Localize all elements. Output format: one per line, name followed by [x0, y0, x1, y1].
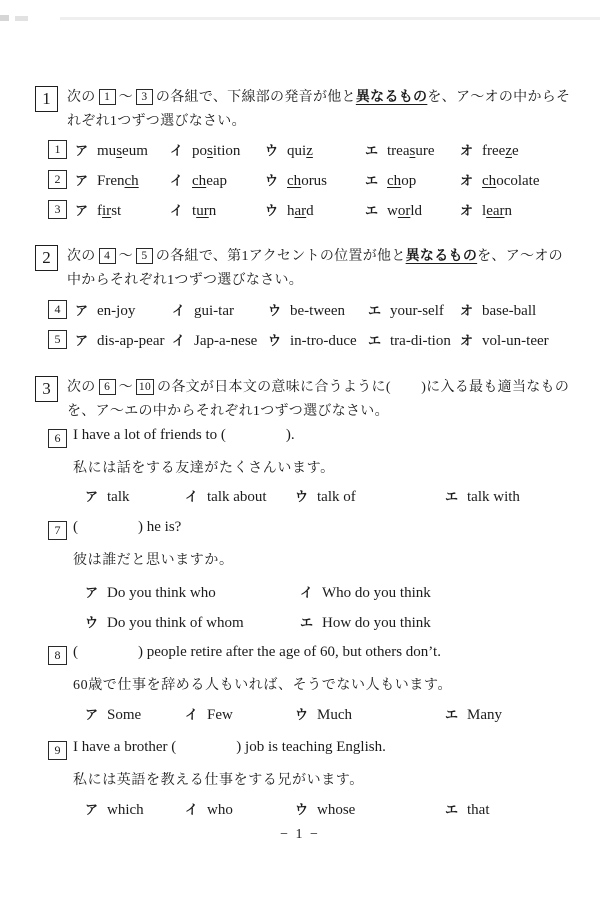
- option-2: イcheap: [170, 170, 227, 190]
- option-marker: ア: [85, 489, 98, 504]
- word-post: ition: [213, 143, 241, 159]
- option-1: アDo you think who: [85, 582, 216, 602]
- section-instruction: 次の1～3の各組で、下線部の発音が他と異なるものを、ア～オの中からそれぞれ1つず…: [67, 86, 573, 133]
- word-post: n: [505, 203, 513, 219]
- word-underlined: ch: [387, 173, 401, 189]
- question-sentence-en: I have a lot of friends to ( ).: [73, 427, 295, 444]
- option-marker: イ: [170, 173, 183, 188]
- option-marker: ア: [75, 333, 88, 348]
- word-underlined: z: [306, 143, 313, 159]
- option-4: エworld: [365, 200, 422, 220]
- option-text: talk about: [207, 489, 267, 505]
- emphasized-text: 異なるもの: [406, 249, 478, 264]
- option-marker: エ: [300, 615, 313, 630]
- option-2: イturn: [170, 200, 216, 220]
- scan-artifact: [60, 17, 600, 20]
- option-text: Much: [317, 707, 352, 723]
- page-number: − 1 −: [0, 827, 600, 843]
- option-3: ウhard: [265, 200, 314, 220]
- word-underlined: or: [398, 203, 411, 219]
- option-3: ウbe-tween: [268, 300, 345, 320]
- word-underlined: ur: [196, 203, 209, 219]
- option-5: オbase-ball: [460, 300, 536, 320]
- word-pre: w: [387, 203, 398, 219]
- question-number: 6: [48, 429, 67, 448]
- instruction-text: ～: [119, 380, 133, 395]
- instruction-text: 次の: [67, 90, 96, 105]
- option-4: エchop: [365, 170, 416, 190]
- option-3: ウin-tro-duce: [268, 330, 357, 350]
- option-marker: ア: [85, 802, 98, 817]
- option-word: treasure: [387, 143, 434, 159]
- inline-question-ref: 10: [136, 379, 154, 395]
- option-text: talk: [107, 489, 130, 505]
- word-post: d: [306, 203, 314, 219]
- option-marker: イ: [300, 585, 313, 600]
- word-post: n: [209, 203, 217, 219]
- option-text: Some: [107, 707, 141, 723]
- option-1: アSome: [85, 704, 141, 724]
- word-post: ure: [415, 143, 434, 159]
- word-post: orus: [301, 173, 327, 189]
- word-underlined: ear: [486, 203, 504, 219]
- option-word: tra-di-tion: [390, 333, 451, 349]
- option-marker: オ: [460, 203, 473, 218]
- word-underlined: ch: [125, 173, 139, 189]
- option-1: アdis-ap-pear: [75, 330, 164, 350]
- option-2: イFew: [185, 704, 233, 724]
- option-text: Do you think of whom: [107, 615, 244, 631]
- option-marker: ウ: [268, 333, 281, 348]
- section-instruction: 次の4～5の各組で、第1アクセントの位置が他と異なるものを、ア～オの中からそれぞ…: [67, 245, 573, 292]
- option-marker: エ: [445, 802, 458, 817]
- section-3-header: 3 次の6～10の各文が日本文の意味に合うように( )に入る最も適当なものを、ア…: [35, 376, 575, 423]
- option-marker: ア: [75, 143, 88, 158]
- option-marker: ウ: [265, 203, 278, 218]
- option-marker: ウ: [265, 143, 278, 158]
- option-5: オlearn: [460, 200, 512, 220]
- option-marker: イ: [170, 203, 183, 218]
- option-4: エtalk with: [445, 486, 520, 506]
- option-text: who: [207, 802, 233, 818]
- question-sentence-en: ( ) he is?: [73, 519, 181, 536]
- option-word: French: [97, 173, 139, 189]
- option-word: world: [387, 203, 422, 219]
- option-word: freeze: [482, 143, 519, 159]
- section-1-header: 1 次の1～3の各組で、下線部の発音が他と異なるものを、ア～オの中からそれぞれ1…: [35, 86, 575, 133]
- word-pre: h: [287, 203, 295, 219]
- word-underlined: ch: [482, 173, 496, 189]
- option-1: アFrench: [75, 170, 139, 190]
- option-word: in-tro-duce: [290, 333, 357, 349]
- question-sentence-ja: 彼は誰だと思いますか。: [73, 549, 234, 569]
- question-options: アwhich イwho ウwhose エthat: [85, 799, 575, 819]
- option-marker: ア: [75, 173, 88, 188]
- instruction-text: ～: [119, 249, 133, 264]
- option-marker: オ: [460, 333, 473, 348]
- option-3: ウchorus: [265, 170, 327, 190]
- item-number: 4: [48, 300, 67, 319]
- question-sentence-ja: 私には英語を教える仕事をする兄がいます。: [73, 769, 364, 789]
- option-2: イposition: [170, 140, 240, 160]
- option-word: your-self: [390, 303, 444, 319]
- word-pre: qui: [287, 143, 306, 159]
- section-2-header: 2 次の4～5の各組で、第1アクセントの位置が他と異なるものを、ア～オの中からそ…: [35, 245, 575, 292]
- option-text: which: [107, 802, 144, 818]
- option-3: ウMuch: [295, 704, 352, 724]
- option-4: エtreasure: [365, 140, 435, 160]
- option-word: en-joy: [97, 303, 135, 319]
- option-4: エthat: [445, 799, 490, 819]
- option-3: ウDo you think of whom: [85, 612, 244, 632]
- option-word: museum: [97, 143, 148, 159]
- item-number: 2: [48, 170, 67, 189]
- option-4: エyour-self: [368, 300, 444, 320]
- item-row-3: 3 アfirst イturn ウhard エworld オlearn: [48, 200, 578, 222]
- word-underlined: ar: [295, 203, 307, 219]
- option-word: quiz: [287, 143, 313, 159]
- option-marker: ア: [75, 203, 88, 218]
- option-2: イgui-tar: [172, 300, 234, 320]
- option-text: talk with: [467, 489, 520, 505]
- option-word: first: [97, 203, 121, 219]
- option-word: hard: [287, 203, 314, 219]
- option-4: エMany: [445, 704, 502, 724]
- option-3: ウwhose: [295, 799, 355, 819]
- instruction-text: の各組で、第1アクセントの位置が他と: [156, 249, 406, 264]
- item-row-5: 5 アdis-ap-pear イJap-a-nese ウin-tro-duce …: [48, 330, 578, 352]
- question-options: ウDo you think of whom エHow do you think: [85, 612, 575, 632]
- option-text: Few: [207, 707, 233, 723]
- inline-question-ref: 3: [136, 89, 153, 105]
- question-sentence-ja: 私には話をする友達がたくさんいます。: [73, 457, 335, 477]
- option-2: イJap-a-nese: [172, 330, 257, 350]
- emphasized-text: 異なるもの: [356, 90, 428, 105]
- option-marker: エ: [365, 203, 378, 218]
- option-marker: エ: [365, 173, 378, 188]
- option-text: How do you think: [322, 615, 431, 631]
- item-row-2: 2 アFrench イcheap ウchorus エchop オchocolat…: [48, 170, 578, 192]
- option-marker: イ: [172, 303, 185, 318]
- word-post: eap: [206, 173, 227, 189]
- exam-page: 1 次の1～3の各組で、下線部の発音が他と異なるものを、ア～オの中からそれぞれ1…: [0, 0, 600, 900]
- inline-question-ref: 6: [99, 379, 116, 395]
- option-word: Jap-a-nese: [194, 333, 257, 349]
- option-marker: ウ: [295, 802, 308, 817]
- option-word: base-ball: [482, 303, 536, 319]
- instruction-text: ～: [119, 90, 133, 105]
- option-text: talk of: [317, 489, 356, 505]
- option-marker: イ: [185, 489, 198, 504]
- word-post: eum: [122, 143, 148, 159]
- option-4: エHow do you think: [300, 612, 431, 632]
- option-marker: オ: [460, 173, 473, 188]
- option-3: ウquiz: [265, 140, 313, 160]
- option-1: アmuseum: [75, 140, 148, 160]
- word-post: ld: [410, 203, 422, 219]
- option-marker: ウ: [85, 615, 98, 630]
- option-word: be-tween: [290, 303, 345, 319]
- option-word: position: [192, 143, 240, 159]
- word-pre: mu: [97, 143, 116, 159]
- option-1: アwhich: [85, 799, 144, 819]
- option-marker: ウ: [295, 707, 308, 722]
- question-number: 7: [48, 521, 67, 540]
- option-word: vol-un-teer: [482, 333, 549, 349]
- option-2: イtalk about: [185, 486, 267, 506]
- word-post: e: [512, 143, 519, 159]
- scan-artifact: [0, 15, 9, 21]
- option-marker: ウ: [265, 173, 278, 188]
- question-sentence-ja: 60歳で仕事を辞める人もいれば、そうでない人もいます。: [73, 674, 452, 694]
- word-pre: trea: [387, 143, 409, 159]
- word-underlined: z: [505, 143, 512, 159]
- word-post: st: [111, 203, 121, 219]
- option-marker: イ: [185, 707, 198, 722]
- inline-question-ref: 1: [99, 89, 116, 105]
- option-marker: ウ: [268, 303, 281, 318]
- item-number: 3: [48, 200, 67, 219]
- option-text: whose: [317, 802, 355, 818]
- option-1: アfirst: [75, 200, 121, 220]
- item-number: 1: [48, 140, 67, 159]
- option-marker: ア: [75, 303, 88, 318]
- scan-artifact: [15, 16, 28, 21]
- item-number: 5: [48, 330, 67, 349]
- instruction-text: の各組で、下線部の発音が他と: [156, 90, 356, 105]
- option-marker: イ: [172, 333, 185, 348]
- question-sentence-en: I have a brother ( ) job is teaching Eng…: [73, 739, 386, 756]
- option-5: オchocolate: [460, 170, 540, 190]
- question-options: アDo you think who イWho do you think: [85, 582, 575, 602]
- option-word: turn: [192, 203, 216, 219]
- option-word: learn: [482, 203, 512, 219]
- option-marker: ア: [85, 585, 98, 600]
- option-1: アtalk: [85, 486, 130, 506]
- option-marker: イ: [185, 802, 198, 817]
- word-underlined: ch: [287, 173, 301, 189]
- option-word: chop: [387, 173, 416, 189]
- item-row-4: 4 アen-joy イgui-tar ウbe-tween エyour-self …: [48, 300, 578, 322]
- option-word: dis-ap-pear: [97, 333, 164, 349]
- option-text: Do you think who: [107, 585, 216, 601]
- option-word: gui-tar: [194, 303, 234, 319]
- item-row-1: 1 アmuseum イposition ウquiz エtreasure オfre…: [48, 140, 578, 162]
- instruction-text: 次の: [67, 249, 96, 264]
- instruction-text: 次の: [67, 380, 96, 395]
- section-number-box: 2: [35, 245, 58, 271]
- option-marker: エ: [368, 333, 381, 348]
- option-word: cheap: [192, 173, 227, 189]
- inline-question-ref: 4: [99, 248, 116, 264]
- word-pre: free: [482, 143, 505, 159]
- section-instruction: 次の6～10の各文が日本文の意味に合うように( )に入る最も適当なものを、ア～エ…: [67, 376, 573, 423]
- option-4: エtra-di-tion: [368, 330, 451, 350]
- option-2: イWho do you think: [300, 582, 431, 602]
- word-post: op: [401, 173, 416, 189]
- option-1: アen-joy: [75, 300, 135, 320]
- word-pre: Fren: [97, 173, 125, 189]
- question-number: 8: [48, 646, 67, 665]
- word-underlined: ch: [192, 173, 206, 189]
- option-marker: オ: [460, 303, 473, 318]
- option-word: chocolate: [482, 173, 539, 189]
- option-marker: イ: [170, 143, 183, 158]
- question-sentence-en: ( ) people retire after the age of 60, b…: [73, 644, 441, 661]
- section-number-box: 1: [35, 86, 58, 112]
- option-text: Who do you think: [322, 585, 431, 601]
- word-post: ocolate: [496, 173, 539, 189]
- option-5: オfreeze: [460, 140, 519, 160]
- option-3: ウtalk of: [295, 486, 356, 506]
- question-options: アSome イFew ウMuch エMany: [85, 704, 575, 724]
- inline-question-ref: 5: [136, 248, 153, 264]
- option-5: オvol-un-teer: [460, 330, 549, 350]
- option-marker: ウ: [295, 489, 308, 504]
- option-marker: エ: [445, 707, 458, 722]
- option-marker: エ: [445, 489, 458, 504]
- option-2: イwho: [185, 799, 233, 819]
- question-number: 9: [48, 741, 67, 760]
- option-text: that: [467, 802, 490, 818]
- question-options: アtalk イtalk about ウtalk of エtalk with: [85, 486, 575, 506]
- option-marker: エ: [365, 143, 378, 158]
- option-marker: エ: [368, 303, 381, 318]
- option-marker: オ: [460, 143, 473, 158]
- option-text: Many: [467, 707, 502, 723]
- option-marker: ア: [85, 707, 98, 722]
- section-number-box: 3: [35, 376, 58, 402]
- word-underlined: ir: [102, 203, 111, 219]
- option-word: chorus: [287, 173, 327, 189]
- word-pre: po: [192, 143, 207, 159]
